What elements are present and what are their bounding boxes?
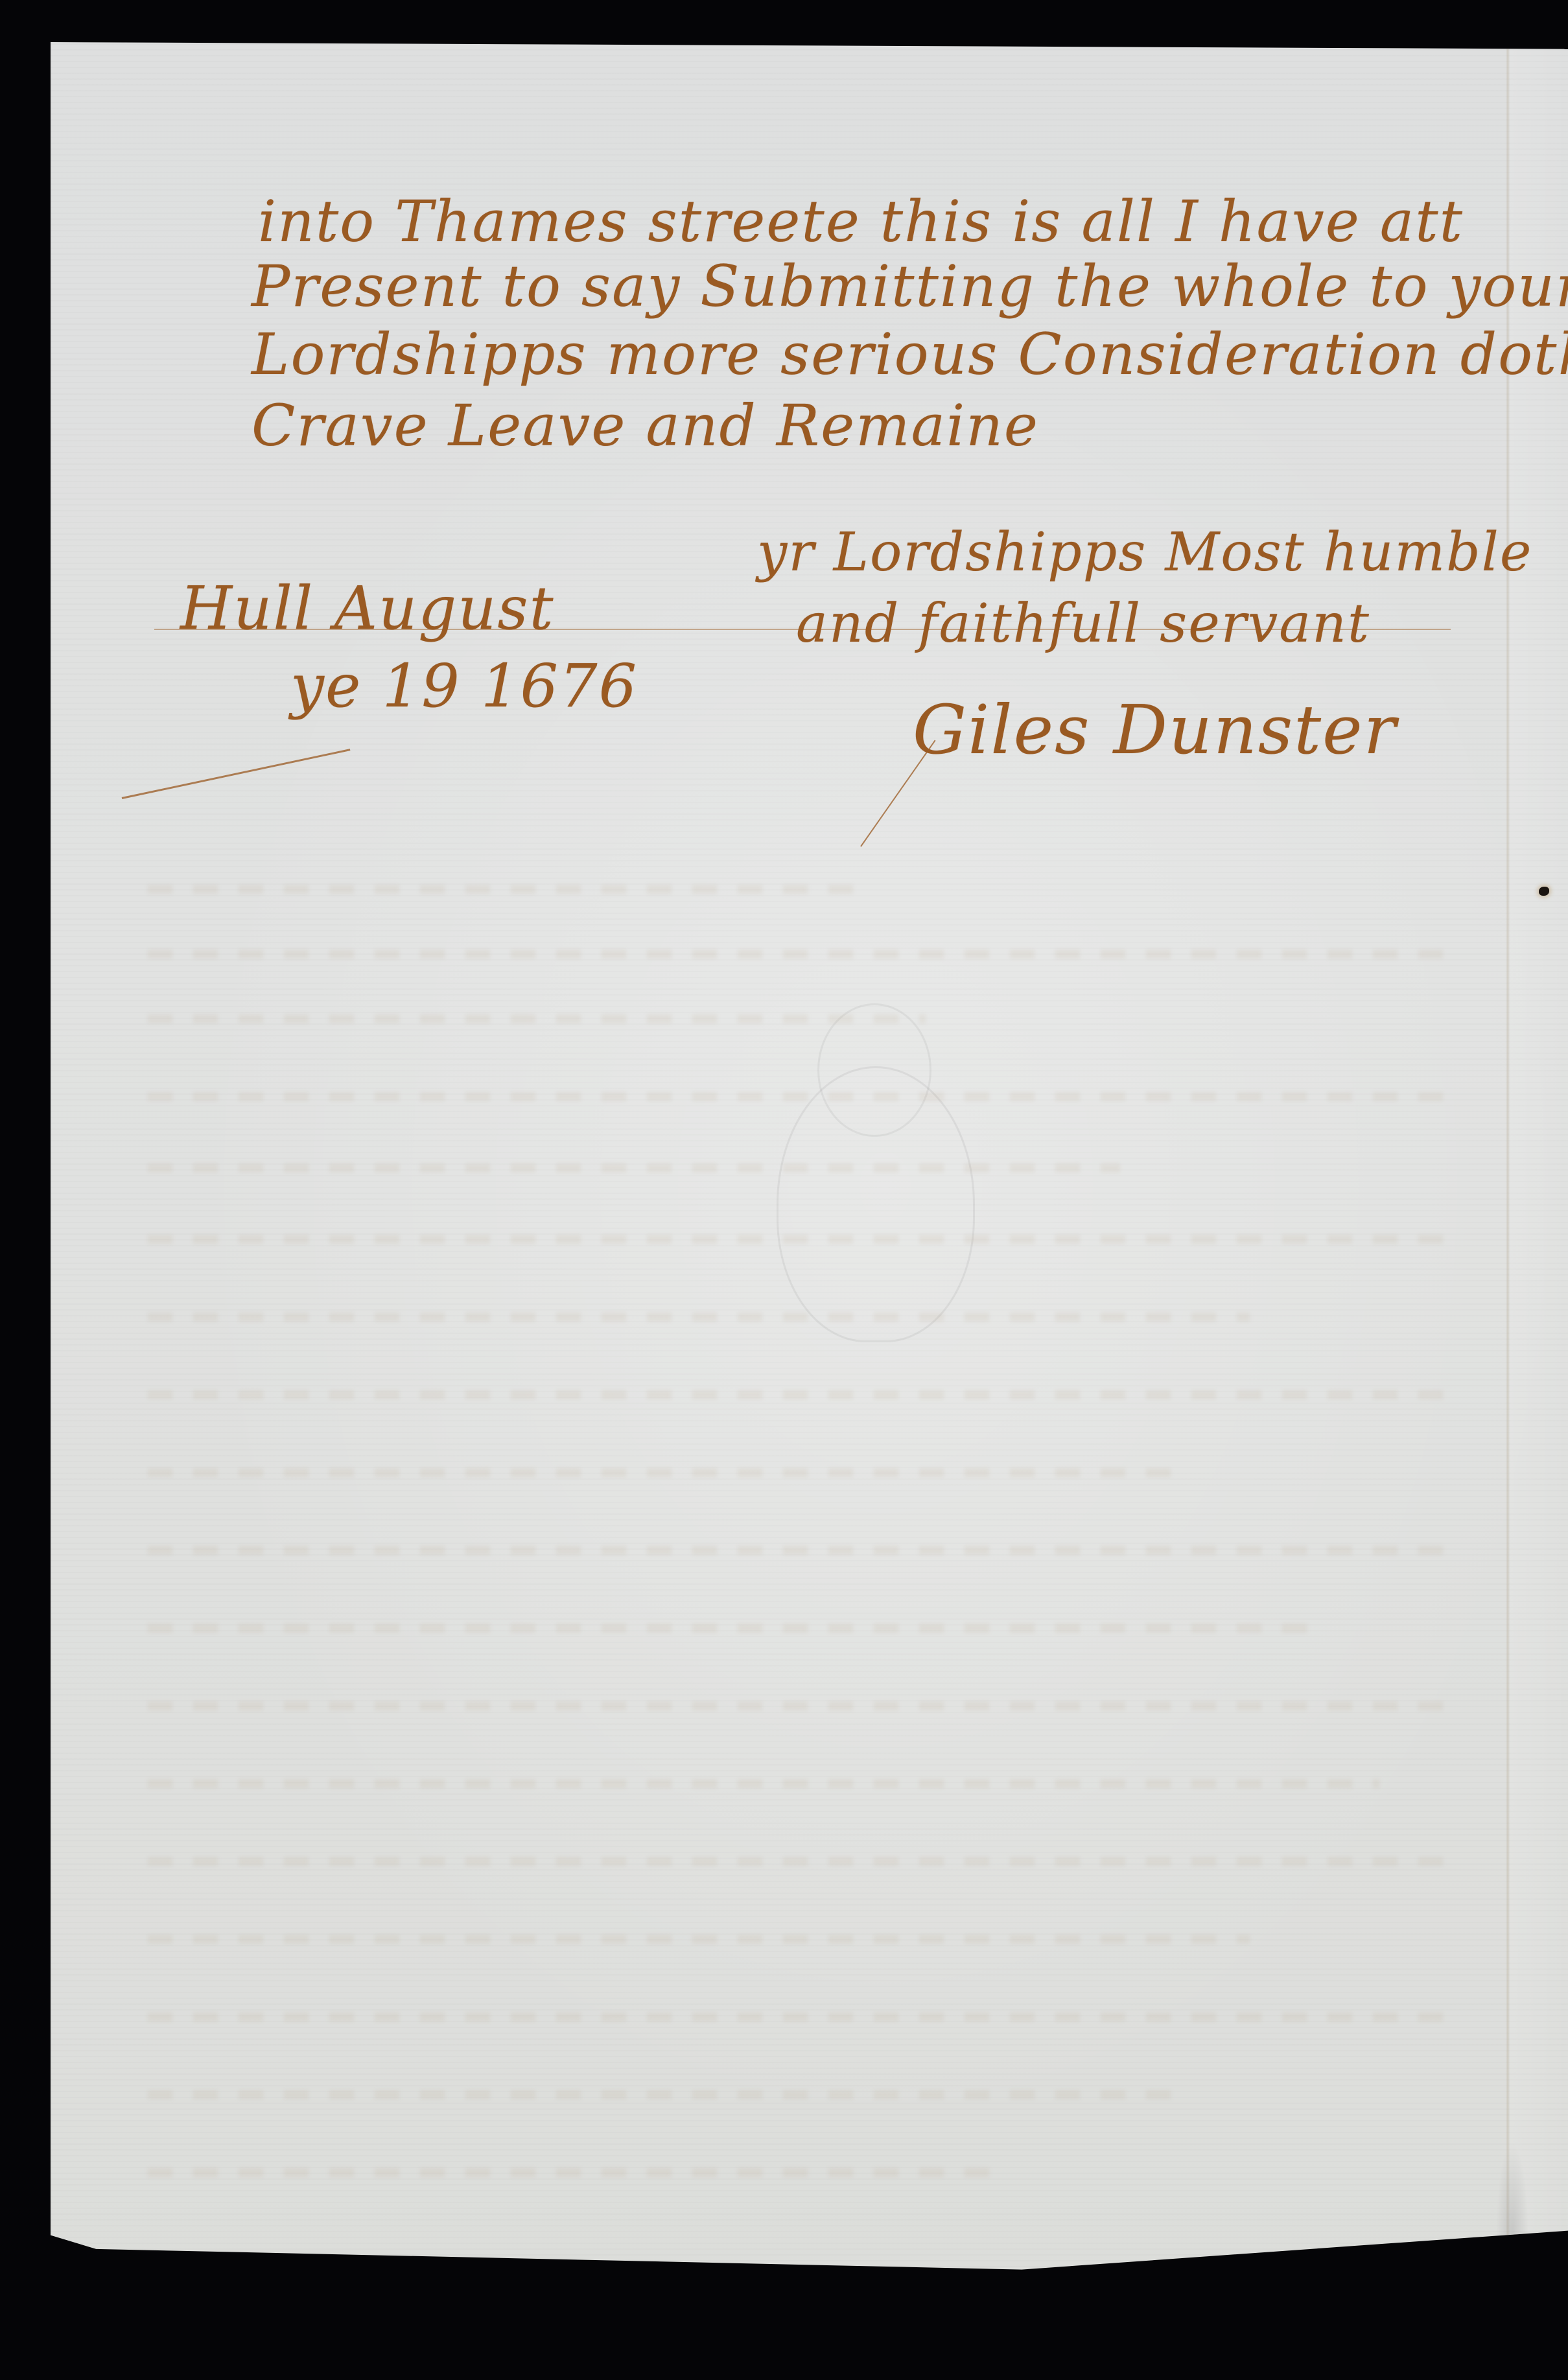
body-line-4: Crave Leave and Remaine	[252, 392, 1039, 459]
paper-stain	[1496, 2142, 1528, 2330]
signature-flourish	[860, 740, 935, 847]
day-year: ye 19 1676	[290, 651, 638, 721]
signature: Giles Dunster	[913, 690, 1397, 769]
closing-flourish	[154, 629, 1451, 630]
paper-hole	[1539, 887, 1549, 896]
place-month: Hull August	[180, 574, 555, 643]
body-line-2: Present to say Submitting the whole to y…	[252, 253, 1568, 320]
closing-line-2: and faithfull servant	[796, 593, 1370, 655]
body-line-1: into Thames streete this is all I have a…	[258, 188, 1464, 255]
date-flourish	[122, 749, 351, 799]
paper-watermark	[777, 1066, 975, 1342]
manuscript-page: into Thames streete this is all I have a…	[51, 42, 1568, 2331]
body-line-3: Lordshipps more serious Consideration do…	[252, 321, 1568, 388]
closing-line-1: yr Lordshipps Most humble	[757, 522, 1532, 583]
